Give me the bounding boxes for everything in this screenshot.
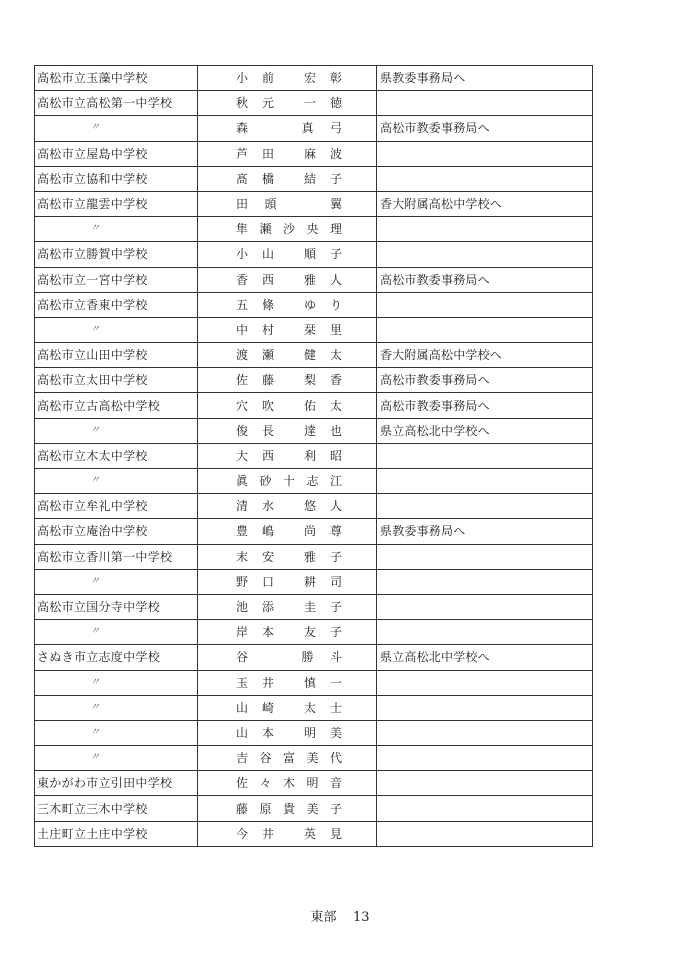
school-cell: 高松市立香川第一中学校 — [35, 544, 198, 569]
table-row: 高松市立太田中学校佐藤 梨香高松市教委事務局へ — [35, 368, 593, 393]
transfer-note-cell — [377, 217, 593, 242]
name-cell: 森 真弓 — [198, 116, 377, 141]
transfer-note-cell — [377, 469, 593, 494]
footer-page-number: 13 — [353, 910, 370, 925]
school-cell: 東かがわ市立引田中学校 — [35, 771, 198, 796]
name-cell: 眞砂十志江 — [198, 469, 377, 494]
school-cell: さぬき市立志度中学校 — [35, 645, 198, 670]
table-row: 〃眞砂十志江 — [35, 469, 593, 494]
school-cell: 〃 — [35, 317, 198, 342]
name-cell: 小前 宏彰 — [198, 66, 377, 91]
table-row: 〃中村 栞里 — [35, 317, 593, 342]
person-name: 田頭 翼 — [235, 192, 343, 216]
table-row: 三木町立三木中学校藤原貴美子 — [35, 796, 593, 821]
transfer-note-cell: 香大附属高松中学校へ — [377, 343, 593, 368]
name-cell: 中村 栞里 — [198, 317, 377, 342]
transfer-note-cell — [377, 317, 593, 342]
name-cell: 玉井 慎一 — [198, 670, 377, 695]
school-cell: 高松市立木太中学校 — [35, 443, 198, 468]
school-cell: 高松市立太田中学校 — [35, 368, 198, 393]
person-name: 今井 英見 — [235, 822, 343, 846]
table-row: 東かがわ市立引田中学校佐々木明音 — [35, 771, 593, 796]
transfer-note-cell: 県教委事務局へ — [377, 519, 593, 544]
table-row: 〃岸本 友子 — [35, 620, 593, 645]
name-cell: 小山 順子 — [198, 242, 377, 267]
school-cell: 〃 — [35, 746, 198, 771]
person-name: 五條 ゆり — [235, 293, 343, 317]
table-row: 高松市立龍雲中学校田頭 翼香大附属高松中学校へ — [35, 191, 593, 216]
table-row: 高松市立古高松中学校穴吹 佑太高松市教委事務局へ — [35, 393, 593, 418]
transfer-note-cell — [377, 544, 593, 569]
school-cell: 〃 — [35, 670, 198, 695]
school-cell: 〃 — [35, 418, 198, 443]
school-cell: 高松市立玉藻中学校 — [35, 66, 198, 91]
transfer-note-cell — [377, 443, 593, 468]
table-row: 高松市立高松第一中学校秋元 一徳 — [35, 91, 593, 116]
name-cell: 穴吹 佑太 — [198, 393, 377, 418]
table-row: 高松市立香東中学校五條 ゆり — [35, 292, 593, 317]
table-row: 高松市立玉藻中学校小前 宏彰県教委事務局へ — [35, 66, 593, 91]
table-row: 〃野口 耕司 — [35, 569, 593, 594]
name-cell: 谷 勝斗 — [198, 645, 377, 670]
school-cell: 三木町立三木中学校 — [35, 796, 198, 821]
school-cell: 〃 — [35, 469, 198, 494]
table-row: 〃山本 明美 — [35, 720, 593, 745]
person-name: 渡瀬 健太 — [235, 343, 343, 367]
person-name: 吉谷富美代 — [235, 746, 343, 770]
personnel-table: 高松市立玉藻中学校小前 宏彰県教委事務局へ高松市立高松第一中学校秋元 一徳〃森 … — [34, 65, 593, 847]
school-cell: 高松市立山田中学校 — [35, 343, 198, 368]
name-cell: 五條 ゆり — [198, 292, 377, 317]
school-cell: 高松市立龍雲中学校 — [35, 191, 198, 216]
table-row: 高松市立協和中学校髙橋 結子 — [35, 166, 593, 191]
table-row: 〃森 真弓高松市教委事務局へ — [35, 116, 593, 141]
school-cell: 高松市立高松第一中学校 — [35, 91, 198, 116]
transfer-note-cell — [377, 796, 593, 821]
school-cell: 高松市立屋島中学校 — [35, 141, 198, 166]
person-name: 俊長 達也 — [235, 419, 343, 443]
name-cell: 俊長 達也 — [198, 418, 377, 443]
person-name: 隼瀬沙央理 — [235, 217, 343, 241]
transfer-note-cell — [377, 569, 593, 594]
name-cell: 清水 悠人 — [198, 494, 377, 519]
transfer-note-cell — [377, 292, 593, 317]
person-name: 佐々木明音 — [235, 771, 343, 795]
transfer-note-cell: 高松市教委事務局へ — [377, 393, 593, 418]
transfer-note-cell: 県教委事務局へ — [377, 66, 593, 91]
name-cell: 佐藤 梨香 — [198, 368, 377, 393]
transfer-note-cell — [377, 746, 593, 771]
transfer-note-cell: 高松市教委事務局へ — [377, 116, 593, 141]
person-name: 清水 悠人 — [235, 494, 343, 518]
person-name: 芦田 麻波 — [235, 142, 343, 166]
transfer-note-cell — [377, 720, 593, 745]
name-cell: 田頭 翼 — [198, 191, 377, 216]
person-name: 秋元 一徳 — [235, 91, 343, 115]
school-cell: 高松市立協和中学校 — [35, 166, 198, 191]
person-name: 玉井 慎一 — [235, 671, 343, 695]
name-cell: 山本 明美 — [198, 720, 377, 745]
school-cell: 高松市立古高松中学校 — [35, 393, 198, 418]
school-cell: 〃 — [35, 620, 198, 645]
name-cell: 岸本 友子 — [198, 620, 377, 645]
transfer-note-cell — [377, 594, 593, 619]
table-row: 高松市立山田中学校渡瀬 健太香大附属高松中学校へ — [35, 343, 593, 368]
transfer-note-cell — [377, 91, 593, 116]
name-cell: 池添 圭子 — [198, 594, 377, 619]
name-cell: 渡瀬 健太 — [198, 343, 377, 368]
table-row: 〃隼瀬沙央理 — [35, 217, 593, 242]
transfer-note-cell — [377, 771, 593, 796]
school-cell: 高松市立一宮中学校 — [35, 267, 198, 292]
table-row: 高松市立屋島中学校芦田 麻波 — [35, 141, 593, 166]
table-row: 〃山崎 太士 — [35, 695, 593, 720]
school-cell: 高松市立勝賀中学校 — [35, 242, 198, 267]
name-cell: 髙橋 結子 — [198, 166, 377, 191]
person-name: 髙橋 結子 — [235, 167, 343, 191]
name-cell: 末安 雅子 — [198, 544, 377, 569]
name-cell: 芦田 麻波 — [198, 141, 377, 166]
school-cell: 〃 — [35, 217, 198, 242]
school-cell: 〃 — [35, 569, 198, 594]
transfer-note-cell: 高松市教委事務局へ — [377, 368, 593, 393]
table-row: 高松市立香川第一中学校末安 雅子 — [35, 544, 593, 569]
transfer-note-cell: 香大附属高松中学校へ — [377, 191, 593, 216]
name-cell: 大西 利昭 — [198, 443, 377, 468]
table-row: さぬき市立志度中学校谷 勝斗県立高松北中学校へ — [35, 645, 593, 670]
transfer-note-cell: 高松市教委事務局へ — [377, 267, 593, 292]
transfer-note-cell — [377, 242, 593, 267]
name-cell: 香西 雅人 — [198, 267, 377, 292]
table-row: 〃俊長 達也県立高松北中学校へ — [35, 418, 593, 443]
school-cell: 〃 — [35, 720, 198, 745]
name-cell: 野口 耕司 — [198, 569, 377, 594]
transfer-note-cell — [377, 670, 593, 695]
person-name: 香西 雅人 — [235, 268, 343, 292]
person-name: 末安 雅子 — [235, 545, 343, 569]
transfer-note-cell — [377, 494, 593, 519]
person-name: 野口 耕司 — [235, 570, 343, 594]
name-cell: 吉谷富美代 — [198, 746, 377, 771]
transfer-note-cell: 県立高松北中学校へ — [377, 645, 593, 670]
transfer-note-cell: 県立高松北中学校へ — [377, 418, 593, 443]
table-row: 高松市立牟礼中学校清水 悠人 — [35, 494, 593, 519]
personnel-table-container: 高松市立玉藻中学校小前 宏彰県教委事務局へ高松市立高松第一中学校秋元 一徳〃森 … — [34, 65, 593, 847]
table-row: 高松市立木太中学校大西 利昭 — [35, 443, 593, 468]
person-name: 山本 明美 — [235, 721, 343, 745]
transfer-note-cell — [377, 821, 593, 846]
name-cell: 秋元 一徳 — [198, 91, 377, 116]
school-cell: 高松市立牟礼中学校 — [35, 494, 198, 519]
name-cell: 佐々木明音 — [198, 771, 377, 796]
name-cell: 山崎 太士 — [198, 695, 377, 720]
table-row: 高松市立国分寺中学校池添 圭子 — [35, 594, 593, 619]
school-cell: 高松市立国分寺中学校 — [35, 594, 198, 619]
person-name: 小山 順子 — [235, 242, 343, 266]
person-name: 小前 宏彰 — [235, 66, 343, 90]
table-row: 高松市立庵治中学校豊嶋 尚尊県教委事務局へ — [35, 519, 593, 544]
school-cell: 土庄町立土庄中学校 — [35, 821, 198, 846]
table-row: 〃玉井 慎一 — [35, 670, 593, 695]
school-cell: 高松市立庵治中学校 — [35, 519, 198, 544]
transfer-note-cell — [377, 695, 593, 720]
name-cell: 豊嶋 尚尊 — [198, 519, 377, 544]
table-row: 高松市立勝賀中学校小山 順子 — [35, 242, 593, 267]
person-name: 森 真弓 — [235, 116, 343, 140]
transfer-note-cell — [377, 620, 593, 645]
person-name: 大西 利昭 — [235, 444, 343, 468]
name-cell: 隼瀬沙央理 — [198, 217, 377, 242]
person-name: 豊嶋 尚尊 — [235, 519, 343, 543]
page-footer: 東部 13 — [0, 906, 680, 925]
name-cell: 今井 英見 — [198, 821, 377, 846]
school-cell: 高松市立香東中学校 — [35, 292, 198, 317]
person-name: 穴吹 佑太 — [235, 394, 343, 418]
school-cell: 〃 — [35, 695, 198, 720]
person-name: 池添 圭子 — [235, 595, 343, 619]
transfer-note-cell — [377, 166, 593, 191]
person-name: 谷 勝斗 — [235, 645, 343, 669]
name-cell: 藤原貴美子 — [198, 796, 377, 821]
table-row: 〃吉谷富美代 — [35, 746, 593, 771]
person-name: 中村 栞里 — [235, 318, 343, 342]
school-cell: 〃 — [35, 116, 198, 141]
table-row: 土庄町立土庄中学校今井 英見 — [35, 821, 593, 846]
person-name: 佐藤 梨香 — [235, 368, 343, 392]
person-name: 山崎 太士 — [235, 696, 343, 720]
person-name: 岸本 友子 — [235, 620, 343, 644]
footer-section: 東部 — [310, 910, 336, 925]
transfer-note-cell — [377, 141, 593, 166]
person-name: 眞砂十志江 — [235, 469, 343, 493]
table-row: 高松市立一宮中学校香西 雅人高松市教委事務局へ — [35, 267, 593, 292]
person-name: 藤原貴美子 — [235, 797, 343, 821]
